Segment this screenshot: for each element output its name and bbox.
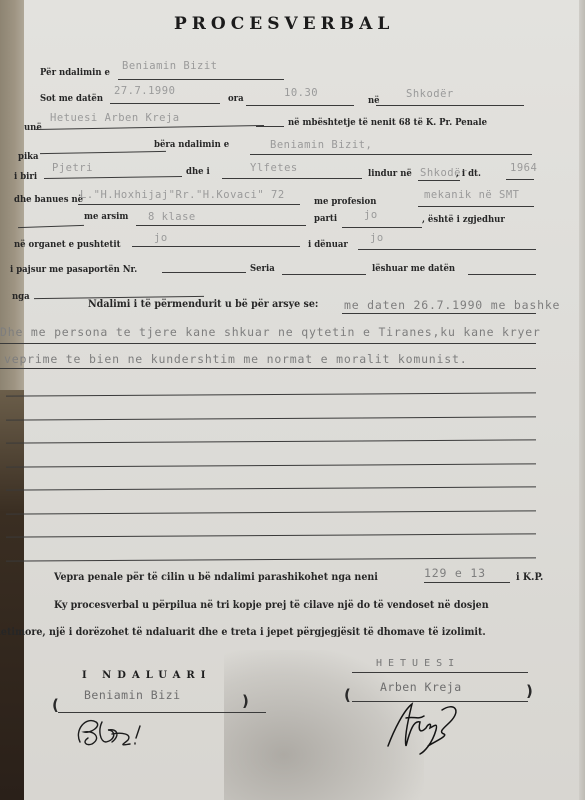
i-biri-field xyxy=(44,176,182,179)
pasaporten-label: i pajsur me pasaportën Nr. xyxy=(10,265,137,276)
i-dt-field xyxy=(506,179,534,180)
i-dt-value: 1964 xyxy=(510,162,537,174)
vepra-text: Vepra penale për të cilin u bë ndalimi p… xyxy=(54,572,378,584)
hetuesi-heading-line xyxy=(352,672,528,673)
dhe-i-label: dhe i xyxy=(186,167,210,178)
bera-ndalimin-field xyxy=(250,154,532,155)
reason-empty-line[interactable] xyxy=(6,557,536,561)
nga-label: nga xyxy=(12,292,30,303)
i-dt-label: , i dt. xyxy=(456,169,481,180)
sot-me-daten-field xyxy=(110,103,220,104)
arsim-value: 8 klase xyxy=(148,211,196,223)
paren-close-left: ) xyxy=(242,692,249,710)
seria-label: Seria xyxy=(250,264,275,275)
banues-field xyxy=(78,204,300,205)
copies-line-2: hetimore, një i dorëzohet të ndaluarit d… xyxy=(0,627,486,639)
per-ndalimin-field xyxy=(118,79,284,80)
lindur-label: lindur në xyxy=(368,169,412,180)
organet-value: jo xyxy=(154,232,168,244)
ndaluari-signature-icon xyxy=(72,712,172,752)
denuar-label: i dënuar xyxy=(308,240,348,251)
une-value: Hetuesi Arben Kreja xyxy=(50,112,180,124)
profesion-value: mekanik në SMT xyxy=(424,189,520,201)
kp-label: i K.P. xyxy=(516,572,543,584)
copies-line-1: Ky procesverbal u përpilua në tri kopje … xyxy=(54,600,489,612)
denuar-value: jo xyxy=(370,232,384,244)
neni-value: 129 e 13 xyxy=(424,566,486,580)
reason-field-2 xyxy=(0,343,536,344)
hetuesi-heading: HETUESI xyxy=(376,658,460,669)
bera-ndalimin-value: Beniamin Bizit, xyxy=(270,139,372,151)
ora-label: ora xyxy=(228,94,244,105)
reason-field-3 xyxy=(0,368,536,369)
parti-value: jo xyxy=(364,209,378,221)
hetuesi-name: Arben Kreja xyxy=(380,680,462,694)
i-biri-value: Pjetri xyxy=(52,162,93,174)
banues-label: dhe banues në xyxy=(14,195,83,206)
i-biri-label: i biri xyxy=(14,172,37,183)
page-edge xyxy=(579,0,585,800)
paren-open-right: ( xyxy=(344,686,351,704)
ndaluari-heading: I NDALUARI xyxy=(82,670,211,681)
reason-label: Ndalimi i të përmendurit u bë për arsye … xyxy=(88,299,318,311)
banues-value: L."H.Hoxhijaj"Rr."H.Kovaci" 72 xyxy=(80,189,285,201)
profesion-field xyxy=(418,206,534,207)
parti-field xyxy=(342,227,422,228)
reason-line-3: veprime te bien ne kundershtim me normat… xyxy=(4,352,467,366)
lindur-field xyxy=(418,180,460,181)
ora-value: 10.30 xyxy=(284,87,318,99)
ne-field xyxy=(376,105,524,106)
pasaporten-field[interactable] xyxy=(162,272,246,273)
ne-value: Shkodër xyxy=(406,88,454,100)
reason-empty-line[interactable] xyxy=(6,463,536,467)
seria-field[interactable] xyxy=(282,274,366,275)
une-field-ext xyxy=(256,126,284,127)
parti-label: parti xyxy=(314,214,337,225)
per-ndalimin-value: Beniamin Bizit xyxy=(122,60,218,72)
document-title: PROCESVERBAL xyxy=(174,14,394,34)
reason-empty-line[interactable] xyxy=(6,439,536,443)
neni-field xyxy=(424,582,510,583)
organet-field xyxy=(132,246,300,247)
ora-field xyxy=(246,105,354,106)
ndaluari-name: Beniamin Bizi xyxy=(84,688,181,702)
paren-close-right: ) xyxy=(526,682,533,700)
arsim-field xyxy=(136,225,306,226)
arsim-prefix-field xyxy=(18,225,84,228)
reason-line-1: me daten 26.7.1990 me bashke xyxy=(344,298,560,312)
sot-me-daten-value: 27.7.1990 xyxy=(114,85,175,97)
reason-empty-line[interactable] xyxy=(6,416,536,420)
reason-empty-line[interactable] xyxy=(6,533,536,537)
dhe-i-field xyxy=(222,178,362,179)
reason-empty-line[interactable] xyxy=(6,392,536,396)
leshuar-field[interactable] xyxy=(468,274,536,275)
mbeshtetje-label: në mbështetje të nenit 68 të K. Pr. Pena… xyxy=(288,118,487,129)
reason-empty-line[interactable] xyxy=(6,486,536,490)
document-page: PROCESVERBAL Për ndalimin e Beniamin Biz… xyxy=(24,0,585,800)
bera-ndalimin-label: bëra ndalimin e xyxy=(154,140,229,151)
reason-field-1 xyxy=(342,313,536,314)
per-ndalimin-label: Për ndalimin e xyxy=(40,68,110,79)
dhe-i-value: Ylfetes xyxy=(250,162,298,174)
denuar-field xyxy=(358,249,536,250)
sot-me-daten-label: Sot me datën xyxy=(40,94,103,105)
arsim-label: me arsim xyxy=(84,212,128,223)
profesion-label: me profesion xyxy=(314,197,376,208)
reason-empty-line[interactable] xyxy=(6,510,536,514)
organet-label: në organet e pushtetit xyxy=(14,240,121,251)
pika-label: pika xyxy=(18,152,39,163)
reason-line-2: Dhe me persona te tjere kane shkuar ne q… xyxy=(0,325,541,339)
book-binding-shadow xyxy=(0,390,24,800)
leshuar-label: lëshuar me datën xyxy=(372,264,455,275)
une-field xyxy=(36,125,264,130)
hetuesi-signature-icon xyxy=(384,700,484,756)
zgjedhur-label: , është i zgjedhur xyxy=(422,215,505,226)
pika-field xyxy=(40,151,166,154)
